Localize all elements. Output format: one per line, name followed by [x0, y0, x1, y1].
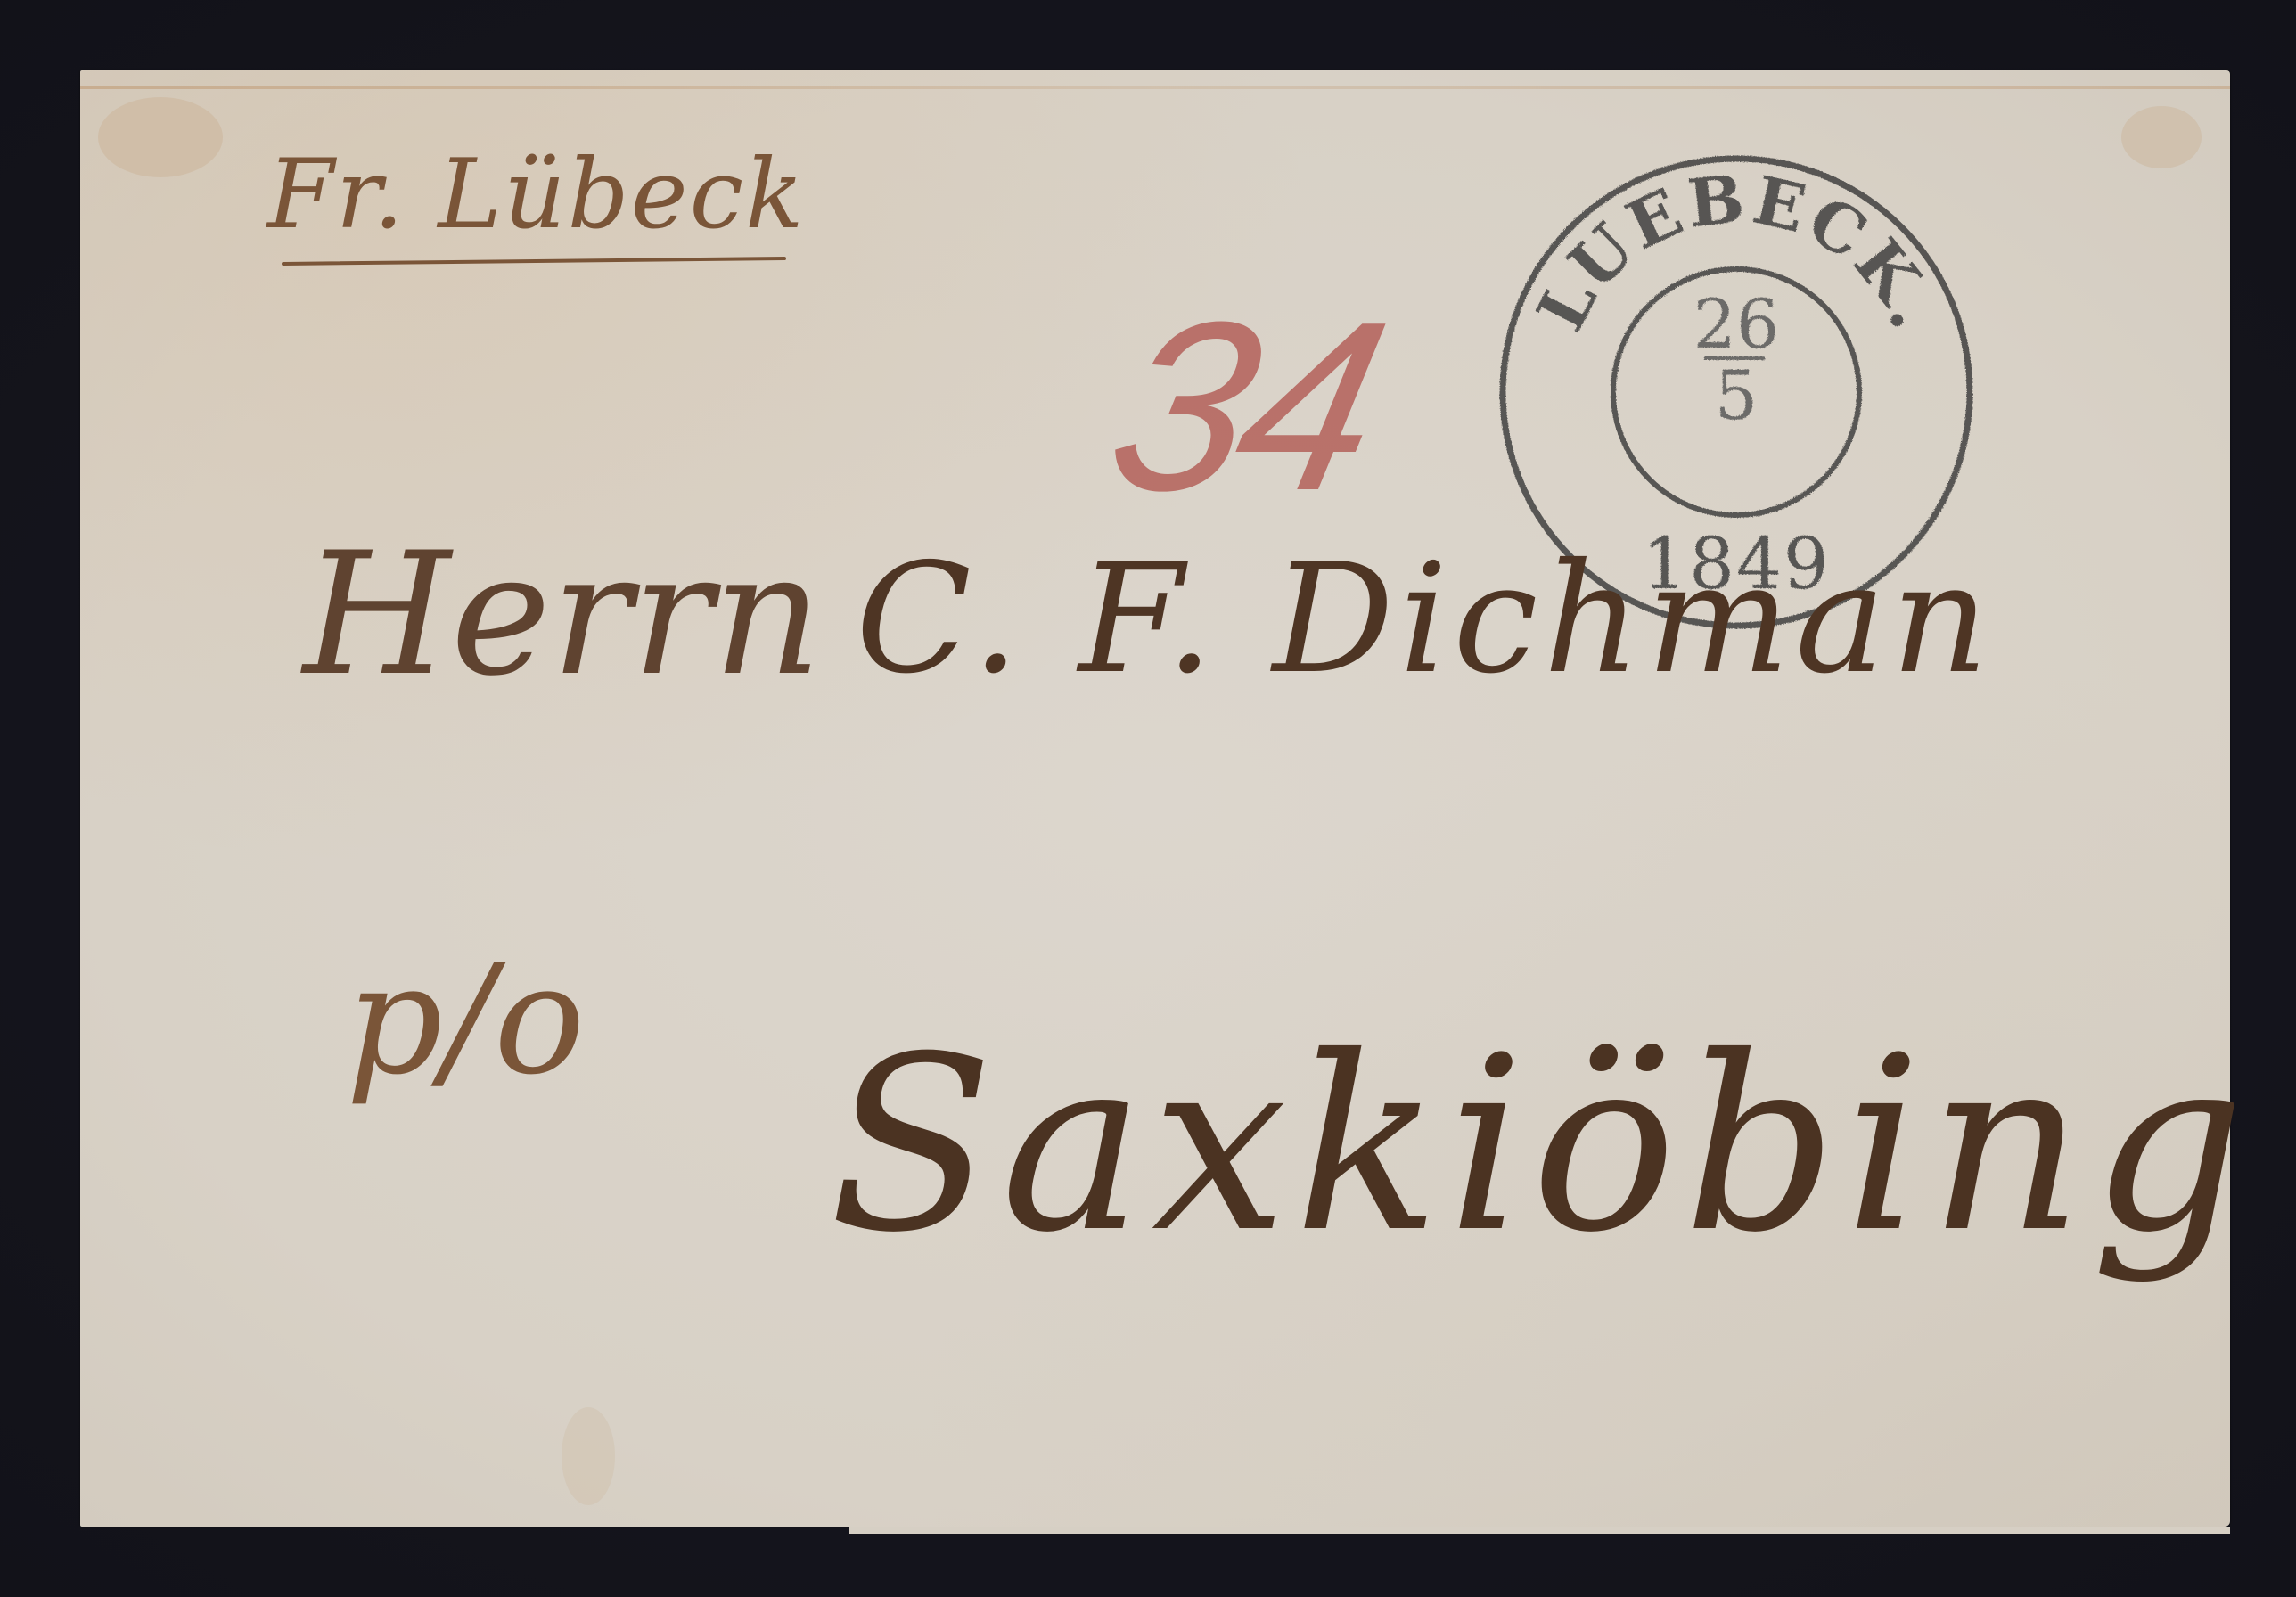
top-fold-crease: [80, 86, 2230, 89]
paper-stain: [562, 1407, 615, 1505]
destination-town: Saxkiöbing: [829, 1025, 2252, 1265]
postage-due-marking: 34: [1093, 287, 1394, 528]
paper-stain: [98, 97, 223, 177]
bottom-flap-edge: [849, 1527, 2230, 1534]
addressee-name: C. F. Dichman: [856, 544, 1994, 695]
paper-stain: [2121, 106, 2202, 168]
route-instruction: Fr. Lübeck: [267, 147, 806, 243]
forwarding-mark: p/o: [346, 945, 585, 1096]
postmark-month: 5: [1715, 356, 1758, 435]
salutation: Herrn: [303, 530, 822, 700]
postmark-day: 26: [1693, 284, 1780, 364]
